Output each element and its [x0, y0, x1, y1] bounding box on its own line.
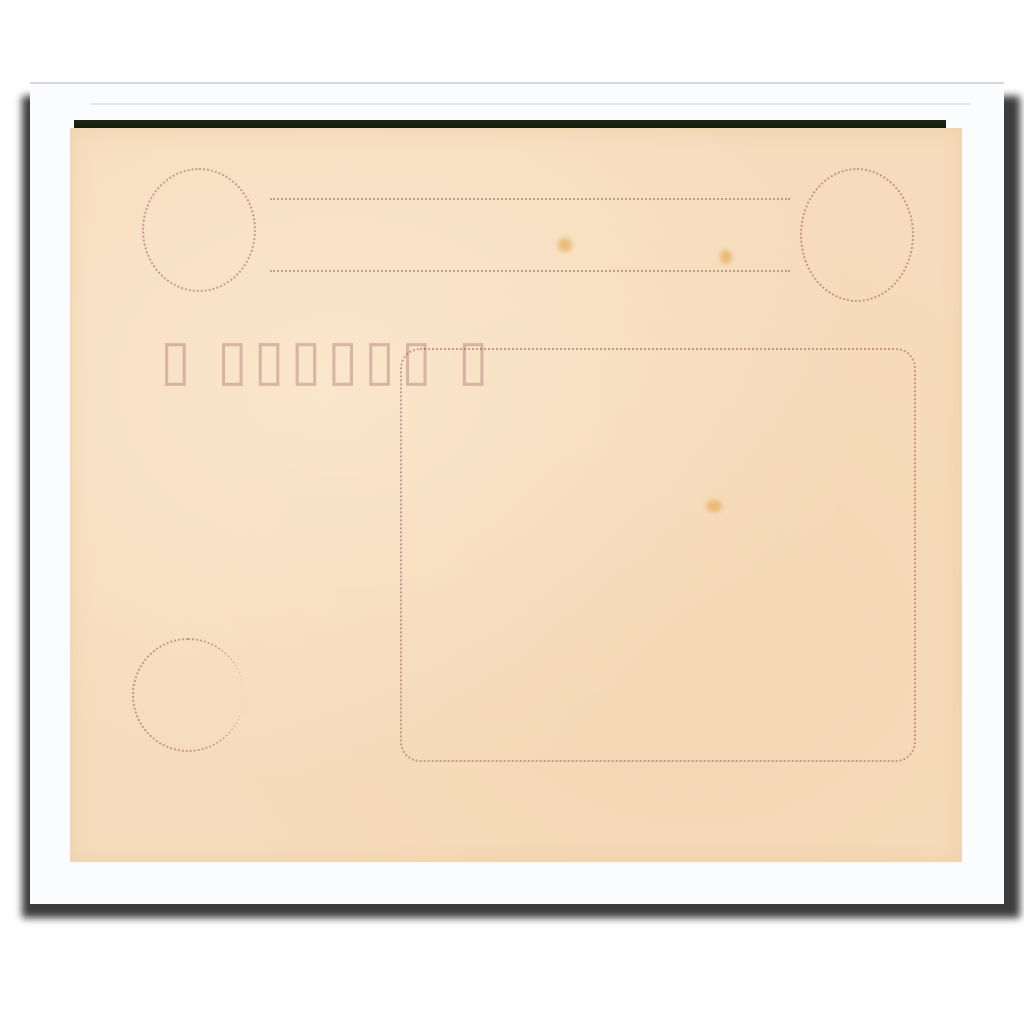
holder-edge-line: [90, 103, 970, 105]
show-through-ornament-bottom-left: [132, 638, 244, 752]
foxing-stain: [706, 500, 722, 512]
show-through-top-band: [270, 198, 790, 272]
show-through-ornament-top-left: [142, 168, 256, 292]
show-through-ornament-top-right: [800, 168, 914, 302]
show-through-frame: [400, 348, 916, 762]
show-through-text: ▯ ▯▯▯▯▯▯ ▯: [160, 328, 495, 393]
foxing-stain: [720, 250, 732, 264]
banknote-reverse: ▯ ▯▯▯▯▯▯ ▯: [70, 128, 962, 862]
foxing-stain: [558, 238, 572, 252]
